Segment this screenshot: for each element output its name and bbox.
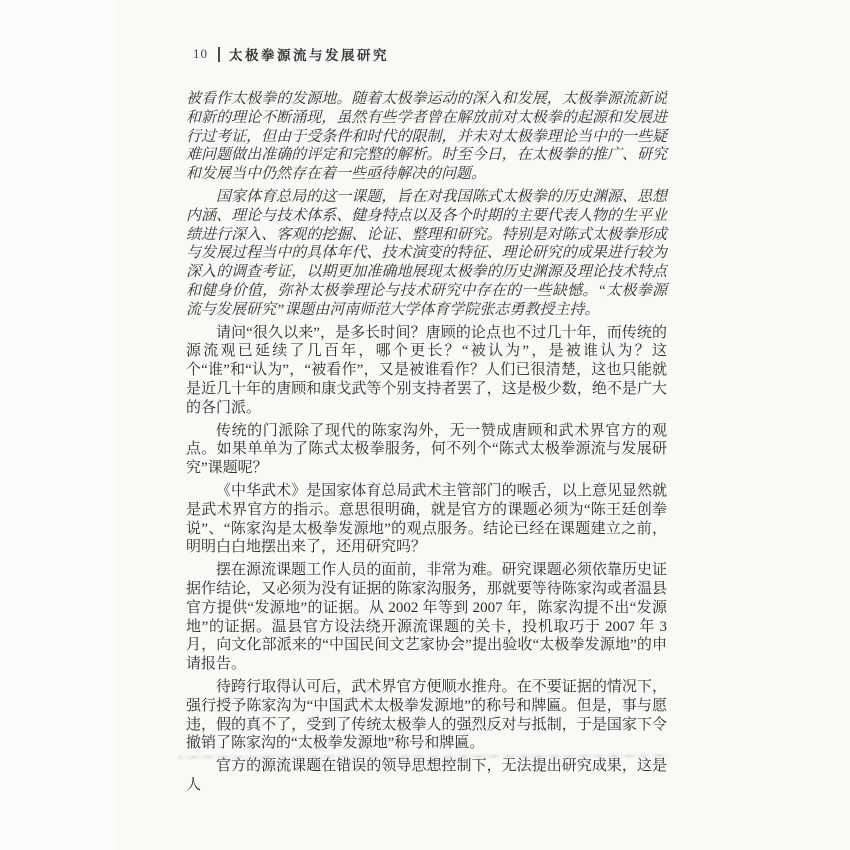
paragraph-official-topic: 官方的源流课题在错误的领导思想控制下，无法提出研究成果，这是人 <box>186 757 667 795</box>
paragraph-continuation: 被看作太极拳的发源地。随着太极拳运动的深入和发展，太极拳源流新说和新的理论不断涌… <box>186 90 667 184</box>
book-page: 10 太极拳源流与发展研究 被看作太极拳的发源地。随着太极拳运动的深入和发展，太… <box>0 0 850 850</box>
paragraph-plaque: 待跨行取得认可后，武术界官方便顺水推舟。在不要证据的情况下，强行授予陈家沟为“中… <box>186 678 667 753</box>
page-number: 10 <box>193 46 208 62</box>
paragraph-zhonghua-wushu: 《中华武术》是国家体育总局武术主管部门的喉舌，以上意见显然就是武术界官方的指示。… <box>186 482 667 557</box>
paragraph-question-duration: 请问“很久以来”，是多长时间？唐顾的论点也不过几十年，而传统的源流观已延续了几百… <box>186 324 667 418</box>
paragraph-research-topic: 国家体育总局的这一课题，旨在对我国陈式太极拳的历史渊源、思想内涵、理论与技术体系… <box>186 188 667 320</box>
book-title: 太极拳源流与发展研究 <box>229 44 389 64</box>
page-header: 10 太极拳源流与发展研究 <box>193 44 389 64</box>
header-divider-bar <box>218 47 220 62</box>
paragraph-dilemma: 摆在源流课题工作人员的面前，非常为难。研究课题必须依靠历史证据作结论，又必须为没… <box>186 561 667 674</box>
paragraph-traditional-schools: 传统的门派除了现代的陈家沟外，无一赞成唐顾和武术界官方的观点。如果单单为了陈式太… <box>186 422 667 478</box>
page-content: 被看作太极拳的发源地。随着太极拳运动的深入和发展，太极拳源流新说和新的理论不断涌… <box>186 90 667 799</box>
